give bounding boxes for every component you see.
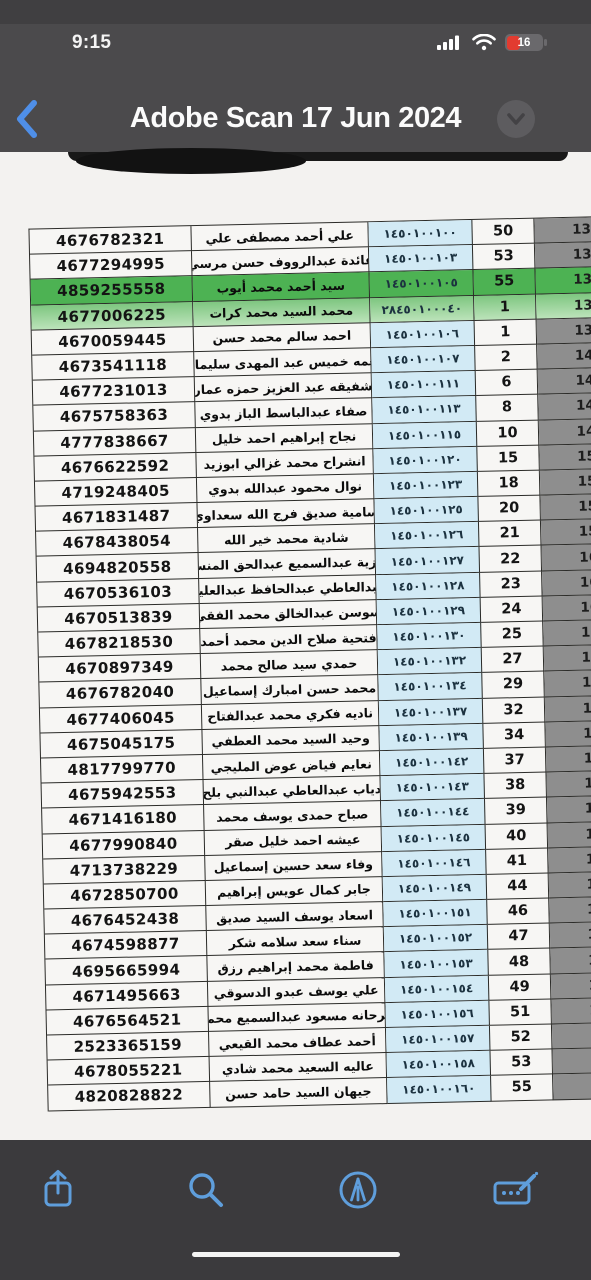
cell-phone-number: 4675942553 [42, 780, 205, 809]
cell-right-truncated: 15 [539, 443, 591, 470]
cell-national-id: ١٤٥٠١٠٠١٥٧ [386, 1026, 491, 1053]
cell-phone-number: 4678055221 [48, 1057, 211, 1086]
cell-serial-number: 38 [484, 773, 547, 800]
cell-serial-number: 20 [478, 496, 541, 523]
cell-national-id: ١٤٥٠١٠٠١١١ [372, 371, 477, 398]
cell-right-truncated: 18 [549, 896, 591, 923]
cell-serial-number: 50 [472, 219, 535, 246]
cell-name-arabic: أحمد عطاف محمد القيعي [209, 1028, 387, 1057]
cell-national-id: ١٤٥٠١٠٠١٦٠ [387, 1076, 492, 1103]
cell-national-id: ١٤٥٠١٠٠١٢٥ [374, 497, 479, 524]
cell-national-id: ١٤٥٠١٠٠١٠٠ [368, 220, 473, 247]
cell-name-arabic: فرحانه مسعود عبدالسميع محمد [208, 1003, 386, 1032]
cell-serial-number: 24 [481, 596, 544, 623]
cell-phone-number: 4670513839 [38, 604, 201, 633]
cell-phone-number: 4859255558 [31, 276, 194, 305]
cell-national-id: ١٤٥٠١٠٠١٥٢ [384, 925, 489, 952]
scan-table: 4676782321 علي أحمد مصطفى علي ١٤٥٠١٠٠١٠٠… [28, 216, 591, 1111]
cell-serial-number: 44 [487, 873, 550, 900]
cell-name-arabic: نعمه خميس عبد المهدى سليمان [194, 348, 372, 377]
cell-phone-number: 4671495663 [46, 982, 209, 1011]
cell-right-truncated: 15 [541, 519, 591, 546]
cell-right-truncated: 17 [547, 796, 591, 823]
cell-right-truncated: 17 [546, 771, 591, 798]
cell-name-arabic: شادية محمد خير الله [198, 524, 376, 553]
cell-national-id: ١٤٥٠١٠٠١٤٤ [381, 799, 486, 826]
cell-phone-number: 4713738229 [43, 856, 206, 885]
cell-serial-number: 55 [491, 1075, 554, 1102]
cell-phone-number: 4677006225 [31, 302, 194, 331]
screen-top-strip [0, 0, 591, 24]
cell-name-arabic: صفاء عبدالباسط الباز بدوي [195, 399, 373, 428]
cell-right-truncated: 18 [549, 871, 591, 898]
cell-phone-number: 4677294995 [30, 251, 193, 280]
cell-right-truncated: 16 [542, 569, 591, 596]
cell-national-id: ١٤٥٠١٠٠١٢٧ [376, 547, 481, 574]
cell-right-truncated: 18 [550, 947, 591, 974]
cell-serial-number: 22 [480, 546, 543, 573]
cell-serial-number: 1 [474, 294, 537, 321]
cell-serial-number: 52 [490, 1024, 553, 1051]
cell-phone-number: 4676782040 [39, 679, 202, 708]
cell-right-truncated: 13 [534, 217, 591, 244]
cell-serial-number: 55 [473, 269, 536, 296]
cell-right-truncated: 17 [548, 846, 591, 873]
cell-national-id: ١٤٥٠١٠٠١٣٩ [379, 724, 484, 751]
cell-phone-number: 4677406045 [40, 705, 203, 734]
cell-serial-number: 48 [488, 949, 551, 976]
cell-name-arabic: محمد السيد محمد كرات [193, 298, 371, 327]
cell-national-id: ١٤٥٠١٠٠١٢٦ [375, 522, 480, 549]
cell-name-arabic: دياب عبدالعاطي عبدالنبي بلح [204, 776, 382, 805]
cell-name-arabic: عبدالعاطي عبدالحافظ عبدالعليم [199, 575, 377, 604]
cell-name-arabic: انشراح محمد غزالي ابوزيد [196, 449, 374, 478]
cell-phone-number: 4671416180 [42, 805, 205, 834]
cell-serial-number: 25 [481, 622, 544, 649]
wifi-icon [472, 34, 496, 51]
cell-name-arabic: جابر كمال عويس إبراهيم [206, 877, 384, 906]
share-button[interactable] [30, 1162, 86, 1218]
cell-phone-number: 4694820558 [37, 553, 200, 582]
cell-phone-number: 4674598877 [45, 931, 208, 960]
title-menu-button[interactable] [497, 100, 535, 138]
cell-phone-number: 4678438054 [36, 528, 199, 557]
cell-serial-number: 34 [483, 722, 546, 749]
cell-name-arabic: محمد حسن امبارك إسماعيل [201, 676, 379, 705]
cell-phone-number: 4676452438 [44, 906, 207, 935]
cell-right-truncated: 17 [545, 695, 591, 722]
cell-phone-number: 4673541118 [32, 352, 195, 381]
document-page[interactable]: 4676782321 علي أحمد مصطفى علي ١٤٥٠١٠٠١٠٠… [0, 152, 591, 1140]
home-indicator[interactable] [192, 1252, 400, 1257]
cell-serial-number: 18 [478, 470, 541, 497]
cell-serial-number: 15 [477, 445, 540, 472]
cell-right-truncated: 14 [537, 342, 591, 369]
cell-national-id: ١٤٥٠١٠٠١٣٠ [377, 623, 482, 650]
cell-serial-number: 49 [489, 974, 552, 1001]
cell-serial-number: 46 [487, 899, 550, 926]
cell-right-truncated: 14 [538, 393, 591, 420]
cell-name-arabic: احمد سالم محمد حسن [194, 323, 372, 352]
cellular-signal-icon [437, 34, 463, 51]
cell-national-id: ١٤٥٠١٠٠١٥٣ [384, 950, 489, 977]
cell-right-truncated: 19 [552, 1022, 591, 1049]
cell-name-arabic: علي يوسف عبدو الدسوقي [208, 978, 386, 1007]
cell-phone-number: 2523365159 [47, 1032, 210, 1061]
cell-national-id: ١٤٥٠١٠٠١٤٩ [383, 875, 488, 902]
cell-phone-number: 4676564521 [47, 1007, 210, 1036]
cell-national-id: ١٤٥٠١٠٠١٠٧ [371, 346, 476, 373]
cell-name-arabic: فوزية عبدالسميع عبدالحق المنسي [199, 550, 377, 579]
search-icon [186, 1170, 226, 1210]
cell-phone-number: 4677231013 [33, 377, 196, 406]
status-bar: 9:15 16 [0, 24, 591, 85]
cell-serial-number: 27 [482, 647, 545, 674]
cell-name-arabic: نجاح إبراهيم احمد خليل [196, 424, 374, 453]
cell-national-id: ١٤٥٠١٠٠١٣٧ [379, 698, 484, 725]
search-button[interactable] [178, 1162, 234, 1218]
cell-serial-number: 29 [482, 672, 545, 699]
cell-serial-number: 51 [489, 999, 552, 1026]
cell-serial-number: 8 [476, 395, 539, 422]
cell-phone-number: 4820828822 [48, 1082, 211, 1111]
cell-name-arabic: نوال محمود عبدالله بدوي [197, 474, 375, 503]
cell-phone-number: 4677990840 [43, 830, 206, 859]
header: Adobe Scan 17 Jun 2024 [0, 85, 591, 152]
cell-serial-number: 39 [485, 798, 548, 825]
cell-name-arabic: وحيد السيد محمد العطفي [202, 726, 380, 755]
cell-name-arabic: سوسن عبدالخالق محمد الفقي [200, 600, 378, 629]
chevron-down-icon [506, 112, 526, 126]
cell-national-id: ١٤٥٠١٠٠١٠٦ [371, 321, 476, 348]
cell-right-truncated: 19 [553, 1073, 591, 1100]
markup-pen-icon [337, 1169, 379, 1211]
cell-name-arabic: سناء سعد سلامه شكر [207, 927, 385, 956]
cell-right-truncated: 18 [551, 997, 591, 1024]
cell-national-id: ١٤٥٠١٠٠١٥٨ [387, 1051, 492, 1078]
cell-right-truncated: 16 [544, 645, 591, 672]
cell-national-id: ١٤٥٠١٠٠١٣٤ [378, 673, 483, 700]
cell-phone-number: 4670059445 [32, 327, 195, 356]
fill-and-sign-icon [491, 1169, 541, 1211]
cell-serial-number: 53 [490, 1050, 553, 1077]
cell-national-id: ١٤٥٠١٠٠١٥٦ [385, 1001, 490, 1028]
battery-nub [544, 39, 547, 46]
scan-shadow-artifact [76, 148, 306, 174]
battery-percent-label: 16 [505, 34, 543, 51]
cell-national-id: ١٤٥٠١٠٠١٠٣ [369, 245, 474, 272]
cell-serial-number: 47 [488, 924, 551, 951]
cell-serial-number: 1 [475, 319, 538, 346]
cell-national-id: ١٤٥٠١٠٠١٢٣ [374, 472, 479, 499]
cell-right-truncated: 16 [543, 619, 591, 646]
cell-national-id: ١٤٥٠١٠٠١٤٣ [380, 774, 485, 801]
cell-name-arabic: فاطمة محمد إبراهيم رزق [207, 953, 385, 982]
cell-national-id: ٢٨٤٥٠١٠٠٠٤٠ [370, 296, 475, 323]
cell-name-arabic: عيشه احمد خليل صقر [205, 827, 383, 856]
cell-national-id: ١٤٥٠١٠٠١٢٠ [373, 447, 478, 474]
fill-and-sign-button[interactable] [488, 1162, 544, 1218]
cell-phone-number: 4675758363 [33, 402, 196, 431]
clock-label: 9:15 [72, 32, 111, 54]
cell-name-arabic: شفيقه عبد العزيز حمزه عمار [195, 373, 373, 402]
share-icon [39, 1168, 77, 1212]
cell-serial-number: 53 [473, 244, 536, 271]
cell-right-truncated: 17 [545, 720, 591, 747]
cell-name-arabic: صباح حمدى يوسف محمد [204, 801, 382, 830]
cell-serial-number: 2 [475, 345, 538, 372]
cell-phone-number: 4817799770 [41, 755, 204, 784]
cell-right-truncated: 15 [540, 494, 591, 521]
cell-serial-number: 6 [476, 370, 539, 397]
cell-national-id: ١٤٥٠١٠٠١٠٥ [369, 270, 474, 297]
cell-right-truncated: 17 [546, 745, 591, 772]
cell-name-arabic: حمدي سيد صالح محمد [201, 650, 379, 679]
cell-national-id: ١٤٥٠١٠٠١٥٤ [385, 975, 490, 1002]
cell-right-truncated: 17 [548, 821, 591, 848]
cell-national-id: ١٤٥٠١٠٠١١٣ [372, 396, 477, 423]
cell-right-truncated: 19 [552, 1048, 591, 1075]
cell-national-id: ١٤٥٠١٠٠١٤٦ [382, 850, 487, 877]
cell-phone-number: 4676782321 [29, 226, 192, 255]
cell-right-truncated: 18 [551, 972, 591, 999]
cell-national-id: ١٤٥٠١٠٠١٣٢ [378, 648, 483, 675]
battery-indicator: 16 [505, 34, 543, 51]
cell-national-id: ١٤٥٠١٠٠١٥١ [383, 900, 488, 927]
cell-national-id: ١٤٥٠١٠٠١٢٨ [376, 573, 481, 600]
cell-right-truncated: 16 [543, 594, 591, 621]
cell-right-truncated: 15 [540, 468, 591, 495]
cell-right-truncated: 13 [535, 267, 591, 294]
cell-right-truncated: 13 [536, 292, 591, 319]
markup-button[interactable] [330, 1162, 386, 1218]
cell-phone-number: 4670897349 [39, 654, 202, 683]
cell-right-truncated: 16 [544, 670, 591, 697]
cell-phone-number: 4672850700 [44, 881, 207, 910]
cell-right-truncated: 13 [535, 242, 591, 269]
cell-phone-number: 4671831487 [36, 503, 199, 532]
cell-phone-number: 4719248405 [35, 478, 198, 507]
cell-phone-number: 4675045175 [40, 730, 203, 759]
cell-phone-number: 4695665994 [45, 956, 208, 985]
cell-name-arabic: فتحية صلاح الدين محمد أحمد [200, 625, 378, 654]
cell-name-arabic: جيهان السيد حامد حسن [210, 1078, 388, 1107]
cell-name-arabic: علي أحمد مصطفى علي [191, 222, 369, 251]
cell-national-id: ١٤٥٠١٠٠١١٥ [373, 421, 478, 448]
cell-name-arabic: سيد أحمد محمد أيوب [193, 273, 371, 302]
cell-right-truncated: 14 [539, 418, 591, 445]
cell-phone-number: 4678218530 [38, 629, 201, 658]
cell-serial-number: 41 [486, 848, 549, 875]
cell-name-arabic: ناديه فكري محمد عبدالفتاح [202, 701, 380, 730]
cell-phone-number: 4777838667 [34, 428, 197, 457]
cell-name-arabic: سامية صديق فرج الله سعداوي [197, 499, 375, 528]
cell-name-arabic: عاليه السعيد محمد شادي [210, 1053, 388, 1082]
cell-national-id: ١٤٥٠١٠٠١٤٥ [382, 824, 487, 851]
cell-right-truncated: 14 [538, 368, 591, 395]
cell-serial-number: 37 [484, 747, 547, 774]
cell-serial-number: 32 [483, 697, 546, 724]
cell-name-arabic: عائدة عبدالرووف حسن مرسي [192, 247, 370, 276]
cell-phone-number: 4676622592 [34, 453, 197, 482]
cell-name-arabic: نعايم فياض عوض المليجي [203, 751, 381, 780]
cell-national-id: ١٤٥٠١٠٠١٢٩ [377, 598, 482, 625]
cell-name-arabic: وفاء سعد حسين إسماعيل [205, 852, 383, 881]
cell-right-truncated: 16 [541, 544, 591, 571]
bottom-toolbar [0, 1140, 591, 1280]
cell-serial-number: 40 [486, 823, 549, 850]
cell-serial-number: 10 [477, 420, 540, 447]
cell-serial-number: 21 [479, 521, 542, 548]
cell-phone-number: 4670536103 [37, 579, 200, 608]
cell-right-truncated: 13 [537, 317, 591, 344]
cell-serial-number: 23 [480, 571, 543, 598]
cell-right-truncated: 18 [550, 922, 591, 949]
cell-national-id: ١٤٥٠١٠٠١٤٢ [380, 749, 485, 776]
cell-name-arabic: اسعاد يوسف السيد صديق [206, 902, 384, 931]
